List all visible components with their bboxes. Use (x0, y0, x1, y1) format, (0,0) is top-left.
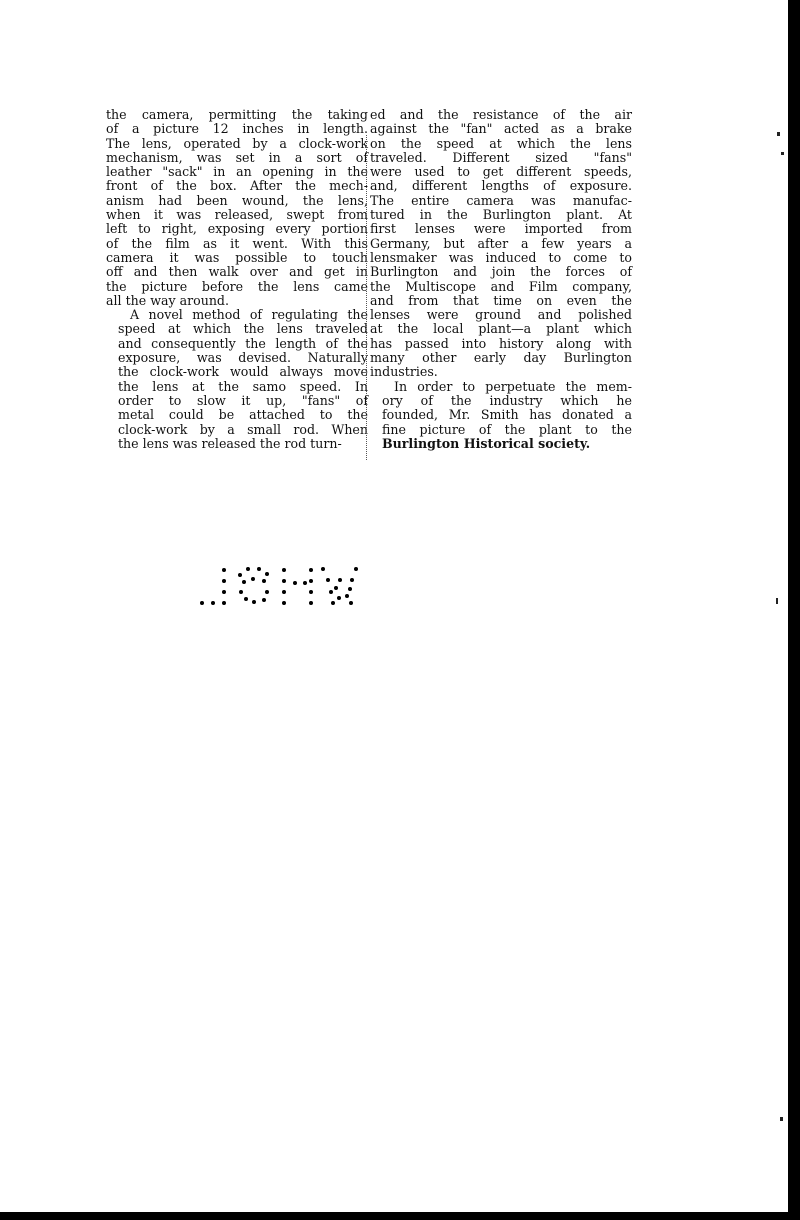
text-line: the camera, permitting the taking (106, 108, 368, 122)
scan-speck (777, 132, 780, 136)
text-line: and from that time on even the (370, 294, 632, 308)
text-line: at the local plant—a plant which (370, 322, 632, 336)
scan-edge-bottom (0, 1212, 800, 1220)
text-line: off and then walk over and get in (106, 265, 368, 279)
scan-speck (781, 152, 784, 155)
perforation-dot (350, 578, 354, 582)
scan-speck (776, 598, 778, 604)
perforation-dot (348, 587, 352, 591)
perforation-dot (222, 568, 226, 572)
perforation-dot (309, 579, 313, 583)
paragraph: the camera, permitting the takingof a pi… (106, 108, 368, 308)
perforation-dot (309, 590, 313, 594)
text-line: clock-work by a small rod. When (106, 423, 368, 437)
text-line: has passed into history along with (370, 337, 632, 351)
text-line: against the "fan" acted as a brake (370, 122, 632, 136)
text-line: tured in the Burlington plant. At (370, 208, 632, 222)
text-line: many other early day Burlington (370, 351, 632, 365)
text-line: fine picture of the plant to the (370, 423, 632, 437)
perforation-dot (244, 597, 248, 601)
perforation-dot (242, 580, 246, 584)
text-line: A novel method of regulating the (106, 308, 368, 322)
text-line: lensmaker was induced to come to (370, 251, 632, 265)
perforation-dot (257, 567, 261, 571)
text-line: founded, Mr. Smith has donated a (370, 408, 632, 422)
text-line: leather "sack" in an opening in the (106, 165, 368, 179)
text-line: camera it was possible to touch (106, 251, 368, 265)
text-line: the clock-work would always move (106, 365, 368, 379)
perforation-dot (262, 598, 266, 602)
perforation-dot (349, 601, 353, 605)
text-line: Burlington and join the forces of (370, 265, 632, 279)
text-line: and consequently the length of the (106, 337, 368, 351)
text-line: lenses were ground and polished (370, 308, 632, 322)
paragraph: ed and the resistance of the airagainst … (370, 108, 632, 380)
perforation-dot (265, 572, 269, 576)
text-line: of the film as it went. With this (106, 237, 368, 251)
text-line: The lens, operated by a clock-work (106, 137, 368, 151)
text-line: The entire camera was manufac- (370, 194, 632, 208)
perforation-dot (222, 590, 226, 594)
perforation-dot (238, 573, 242, 577)
text-line: the picture before the lens came (106, 280, 368, 294)
text-line: the Multiscope and Film company, (370, 280, 632, 294)
perforation-dot (222, 579, 226, 583)
text-line: speed at which the lens traveled (106, 322, 368, 336)
perforation-dot (334, 586, 338, 590)
text-line: left to right, exposing every portion (106, 222, 368, 236)
perforation-dot (282, 568, 286, 572)
perforation-dot (239, 590, 243, 594)
perforation-dot (222, 601, 226, 605)
text-line: traveled. Different sized "fans" (370, 151, 632, 165)
text-line: the lens was released the rod turn- (106, 437, 368, 451)
perforation-dot (200, 601, 204, 605)
text-line: ed and the resistance of the air (370, 108, 632, 122)
perforation-dot (262, 579, 266, 583)
text-line: ory of the industry which he (370, 394, 632, 408)
perforation-dot (338, 578, 342, 582)
text-line: of a picture 12 inches in length. (106, 122, 368, 136)
text-line: front of the box. After the mech- (106, 179, 368, 193)
perforation-dot (354, 567, 358, 571)
text-line: Burlington Historical society. (370, 437, 632, 451)
perforation-dot (329, 590, 333, 594)
perforation-dot (282, 579, 286, 583)
paragraph: A novel method of regulating thespeed at… (106, 308, 368, 451)
text-line: first lenses were imported from (370, 222, 632, 236)
text-line: all the way around. (106, 294, 368, 308)
text-line: exposure, was devised. Naturally (106, 351, 368, 365)
perforation-dot (251, 577, 255, 581)
perforation-dot (337, 596, 341, 600)
perforation-dot (326, 578, 330, 582)
article-column-left: the camera, permitting the takingof a pi… (106, 108, 368, 451)
text-line: when it was released, swept from (106, 208, 368, 222)
scan-edge-right (788, 0, 800, 1212)
column-rule (366, 135, 368, 460)
text-line: metal could be attached to the (106, 408, 368, 422)
text-line: order to slow it up, "fans" of (106, 394, 368, 408)
text-line: mechanism, was set in a sort of (106, 151, 368, 165)
article-column-right: ed and the resistance of the airagainst … (370, 108, 632, 451)
scan-speck (780, 1117, 783, 1121)
text-line: the lens at the samo speed. In (106, 380, 368, 394)
perforation-dot (252, 600, 256, 604)
perforation-dot (293, 581, 297, 585)
perforation-dot (211, 601, 215, 605)
text-line: industries. (370, 365, 632, 379)
perforation-dot (309, 601, 313, 605)
perforation-dot (331, 601, 335, 605)
perforation-dot (282, 590, 286, 594)
perforation-dot (345, 594, 349, 598)
perforation-dot (303, 581, 307, 585)
text-line: were used to get different speeds, (370, 165, 632, 179)
text-line: Germany, but after a few years a (370, 237, 632, 251)
paragraph: In order to perpetuate the mem-ory of th… (370, 380, 632, 451)
text-line: on the speed at which the lens (370, 137, 632, 151)
text-line: anism had been wound, the lens, (106, 194, 368, 208)
perforation-stamp (200, 562, 370, 612)
perforation-dot (246, 567, 250, 571)
text-line: In order to perpetuate the mem- (370, 380, 632, 394)
perforation-dot (321, 567, 325, 571)
perforation-dot (265, 590, 269, 594)
perforation-dot (282, 601, 286, 605)
text-line: and, different lengths of exposure. (370, 179, 632, 193)
perforation-dot (309, 568, 313, 572)
